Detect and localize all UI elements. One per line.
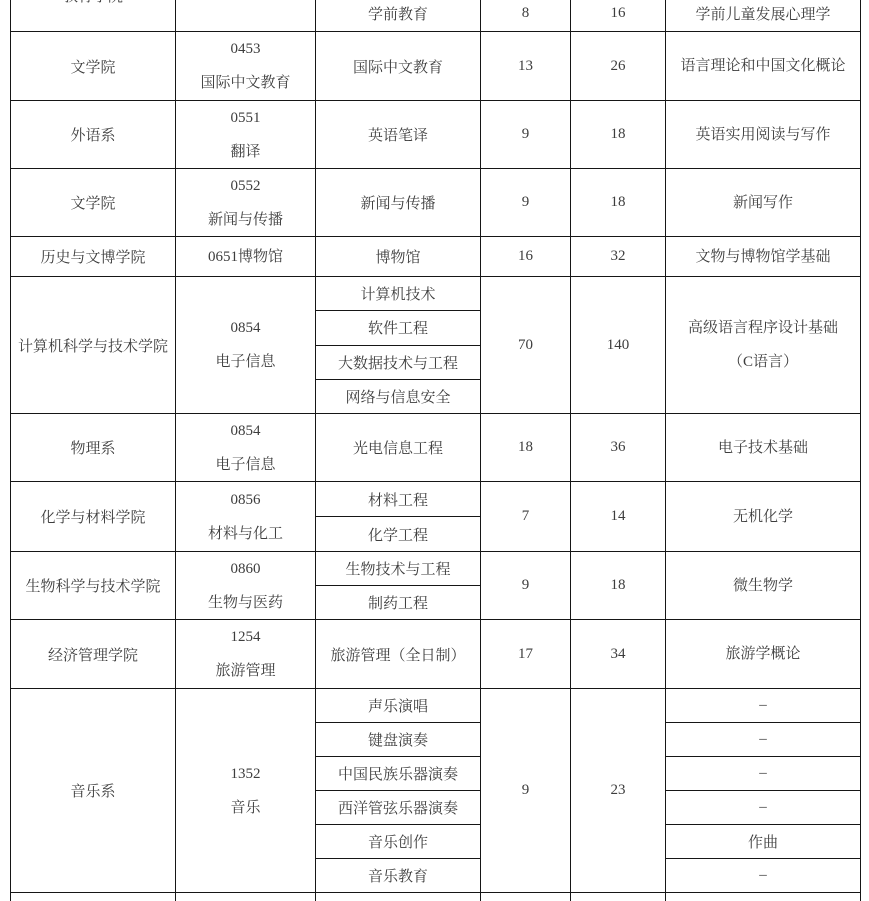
exam-cell: 电子技术基础 [666,414,861,482]
screenshot-root: 教育学院学前教育816学前儿童发展心理学文学院0453国际中文教育国际中文教育1… [0,0,869,901]
major-cell [316,893,481,901]
num2-cell: 23 [571,689,666,893]
code-cell-line: 生物与医药 [208,586,283,620]
code-cell: 0651博物馆 [176,237,316,277]
num1-cell: 70 [481,277,571,414]
table-row: 化学与材料学院0856材料与化工材料工程化学工程714无机化学 [11,482,861,552]
code-cell: 0854电子信息 [176,277,316,414]
major-cell: 英语笔译 [316,101,481,169]
code-cell: 0551翻译 [176,101,316,169]
code-cell: 0453国际中文教育 [176,32,316,101]
exam-cell: 新闻写作 [666,169,861,237]
num1-cell: 18 [481,414,571,482]
college-cell: 教育学院 [11,0,176,32]
major-cell: 新闻与传播 [316,169,481,237]
num1-cell-stack: 8 [481,0,571,32]
code-cell-line: 材料与化工 [208,517,283,551]
major-cell-stack: 材料工程化学工程 [316,482,481,552]
admission-table: 教育学院学前教育816学前儿童发展心理学文学院0453国际中文教育国际中文教育1… [10,0,861,901]
exam-cell: 微生物学 [666,552,861,620]
code-cell-text: 0453国际中文教育 [200,32,290,100]
code-cell-text: 1254旅游管理 [215,620,275,688]
major-cell: 光电信息工程 [316,414,481,482]
num2-cell: 18 [571,101,666,169]
num1-cell: 13 [481,32,571,101]
major-cell-subcell: 化学工程 [316,517,480,551]
num2-cell: 26 [571,32,666,101]
num2-cell: 14 [571,482,666,552]
major-cell-subcell: 网络与信息安全 [316,380,480,413]
code-cell-line: 旅游管理 [215,654,275,688]
code-cell-line: 0651博物馆 [208,240,283,274]
major-cell-subcell: 材料工程 [316,482,480,517]
num2-cell: 18 [571,169,666,237]
code-cell-text: 0856材料与化工 [208,483,283,551]
exam-cell-subcell: – [666,723,860,757]
code-cell: 1352音乐 [176,689,316,893]
code-cell-line: 新闻与传播 [208,203,283,237]
major-cell-subcell: 软件工程 [316,311,480,345]
exam-cell [666,893,861,901]
major-cell-subcell: 计算机技术 [316,277,480,311]
exam-cell-subcell: – [666,859,860,892]
num2-cell-subcell: 16 [571,0,665,31]
major-cell-subcell: 制药工程 [316,586,480,619]
college-cell: 化学与材料学院 [11,482,176,552]
code-cell-text: 1352音乐 [230,757,260,825]
major-cell-subcell: 声乐演唱 [316,689,480,723]
num2-cell-stack: 16 [571,0,666,32]
college-cell: 经济管理学院 [11,620,176,689]
exam-cell: 英语实用阅读与写作 [666,101,861,169]
code-cell-line: 0551 [230,101,260,135]
exam-cell-subcell: – [666,689,860,723]
college-cell [11,893,176,901]
exam-cell-subcell: – [666,791,860,825]
code-cell: 0856材料与化工 [176,482,316,552]
major-cell-subcell: 生物技术与工程 [316,552,480,586]
num2-cell: 36 [571,414,666,482]
code-cell-line: 电子信息 [215,345,275,379]
major-cell-stack: 生物技术与工程制药工程 [316,552,481,620]
major-cell-subcell: 学前教育 [316,0,480,31]
exam-cell: 语言理论和中国文化概论 [666,32,861,101]
exam-cell-stack: 学前儿童发展心理学 [666,0,861,32]
code-cell-line: 0854 [215,414,275,448]
major-cell: 博物馆 [316,237,481,277]
major-cell-stack: 学前教育 [316,0,481,32]
major-cell-stack: 计算机技术软件工程大数据技术与工程网络与信息安全 [316,277,481,414]
num1-cell: 9 [481,689,571,893]
num1-cell: 9 [481,552,571,620]
table-row: 教育学院学前教育816学前儿童发展心理学 [11,0,861,32]
code-cell-line: 国际中文教育 [200,66,290,100]
major-cell-subcell: 音乐教育 [316,859,480,892]
college-cell: 文学院 [11,169,176,237]
num1-cell: 16 [481,237,571,277]
code-cell-text: 0860生物与医药 [208,552,283,620]
major-cell-subcell: 音乐创作 [316,825,480,859]
table-row: 生物科学与技术学院0860生物与医药生物技术与工程制药工程918微生物学 [11,552,861,620]
exam-cell: 无机化学 [666,482,861,552]
table-row: 历史与文博学院0651博物馆博物馆1632文物与博物馆学基础 [11,237,861,277]
table-row: 音乐系1352音乐声乐演唱键盘演奏中国民族乐器演奏西洋管弦乐器演奏音乐创作音乐教… [11,689,861,893]
code-cell-line: 0860 [208,552,283,586]
code-cell: 1254旅游管理 [176,620,316,689]
exam-cell: 旅游学概论 [666,620,861,689]
table-row: 外语系0551翻译英语笔译918英语实用阅读与写作 [11,101,861,169]
code-cell-text: 0551翻译 [230,101,260,169]
college-cell: 外语系 [11,101,176,169]
code-cell: 0860生物与医药 [176,552,316,620]
major-cell-stack: 声乐演唱键盘演奏中国民族乐器演奏西洋管弦乐器演奏音乐创作音乐教育 [316,689,481,893]
code-cell-line: 翻译 [230,135,260,169]
exam-cell: 高级语言程序设计基础 （C语言） [666,277,861,414]
num2-cell: 32 [571,237,666,277]
code-cell-line: 电子信息 [215,448,275,482]
code-cell-line: 0854 [215,311,275,345]
code-cell-text: 0651博物馆 [208,240,283,274]
code-cell: 0552新闻与传播 [176,169,316,237]
code-cell-text: 0854电子信息 [215,311,275,379]
exam-cell: 文物与博物馆学基础 [666,237,861,277]
num1-cell: 7 [481,482,571,552]
college-cell: 物理系 [11,414,176,482]
num1-cell: 17 [481,620,571,689]
table-row: 文学院0552新闻与传播新闻与传播918新闻写作 [11,169,861,237]
college-cell: 历史与文博学院 [11,237,176,277]
table-row [11,893,861,901]
major-cell-subcell: 键盘演奏 [316,723,480,757]
code-cell-text: 0854电子信息 [215,414,275,482]
table-row: 物理系0854电子信息光电信息工程1836电子技术基础 [11,414,861,482]
code-cell-line: 音乐 [230,791,260,825]
major-cell: 国际中文教育 [316,32,481,101]
major-cell-subcell: 西洋管弦乐器演奏 [316,791,480,825]
code-cell [176,0,316,32]
num1-cell-subcell: 8 [481,0,570,31]
num1-cell: 9 [481,169,571,237]
exam-cell-subcell: 作曲 [666,825,860,859]
college-cell: 文学院 [11,32,176,101]
code-cell-line: 1352 [230,757,260,791]
code-cell: 0854电子信息 [176,414,316,482]
num2-cell: 18 [571,552,666,620]
num1-cell: 9 [481,101,571,169]
college-cell: 计算机科学与技术学院 [11,277,176,414]
major-cell-subcell: 大数据技术与工程 [316,346,480,380]
num2-cell: 34 [571,620,666,689]
college-cell: 生物科学与技术学院 [11,552,176,620]
exam-cell-stack: ––––作曲– [666,689,861,893]
major-cell-subcell: 中国民族乐器演奏 [316,757,480,791]
code-cell-line: 1254 [215,620,275,654]
num1-cell [481,893,571,901]
exam-cell-subcell: – [666,757,860,791]
code-cell-line: 0552 [208,169,283,203]
num2-cell [571,893,666,901]
code-cell-text: 0552新闻与传播 [208,169,283,237]
num2-cell: 140 [571,277,666,414]
table-row: 计算机科学与技术学院0854电子信息计算机技术软件工程大数据技术与工程网络与信息… [11,277,861,414]
table-row: 文学院0453国际中文教育国际中文教育1326语言理论和中国文化概论 [11,32,861,101]
code-cell-line: 0453 [200,32,290,66]
exam-cell-subcell: 学前儿童发展心理学 [666,0,860,31]
major-cell: 旅游管理（全日制） [316,620,481,689]
code-cell-line: 0856 [208,483,283,517]
code-cell [176,893,316,901]
college-cell: 音乐系 [11,689,176,893]
table-row: 经济管理学院1254旅游管理旅游管理（全日制）1734旅游学概论 [11,620,861,689]
